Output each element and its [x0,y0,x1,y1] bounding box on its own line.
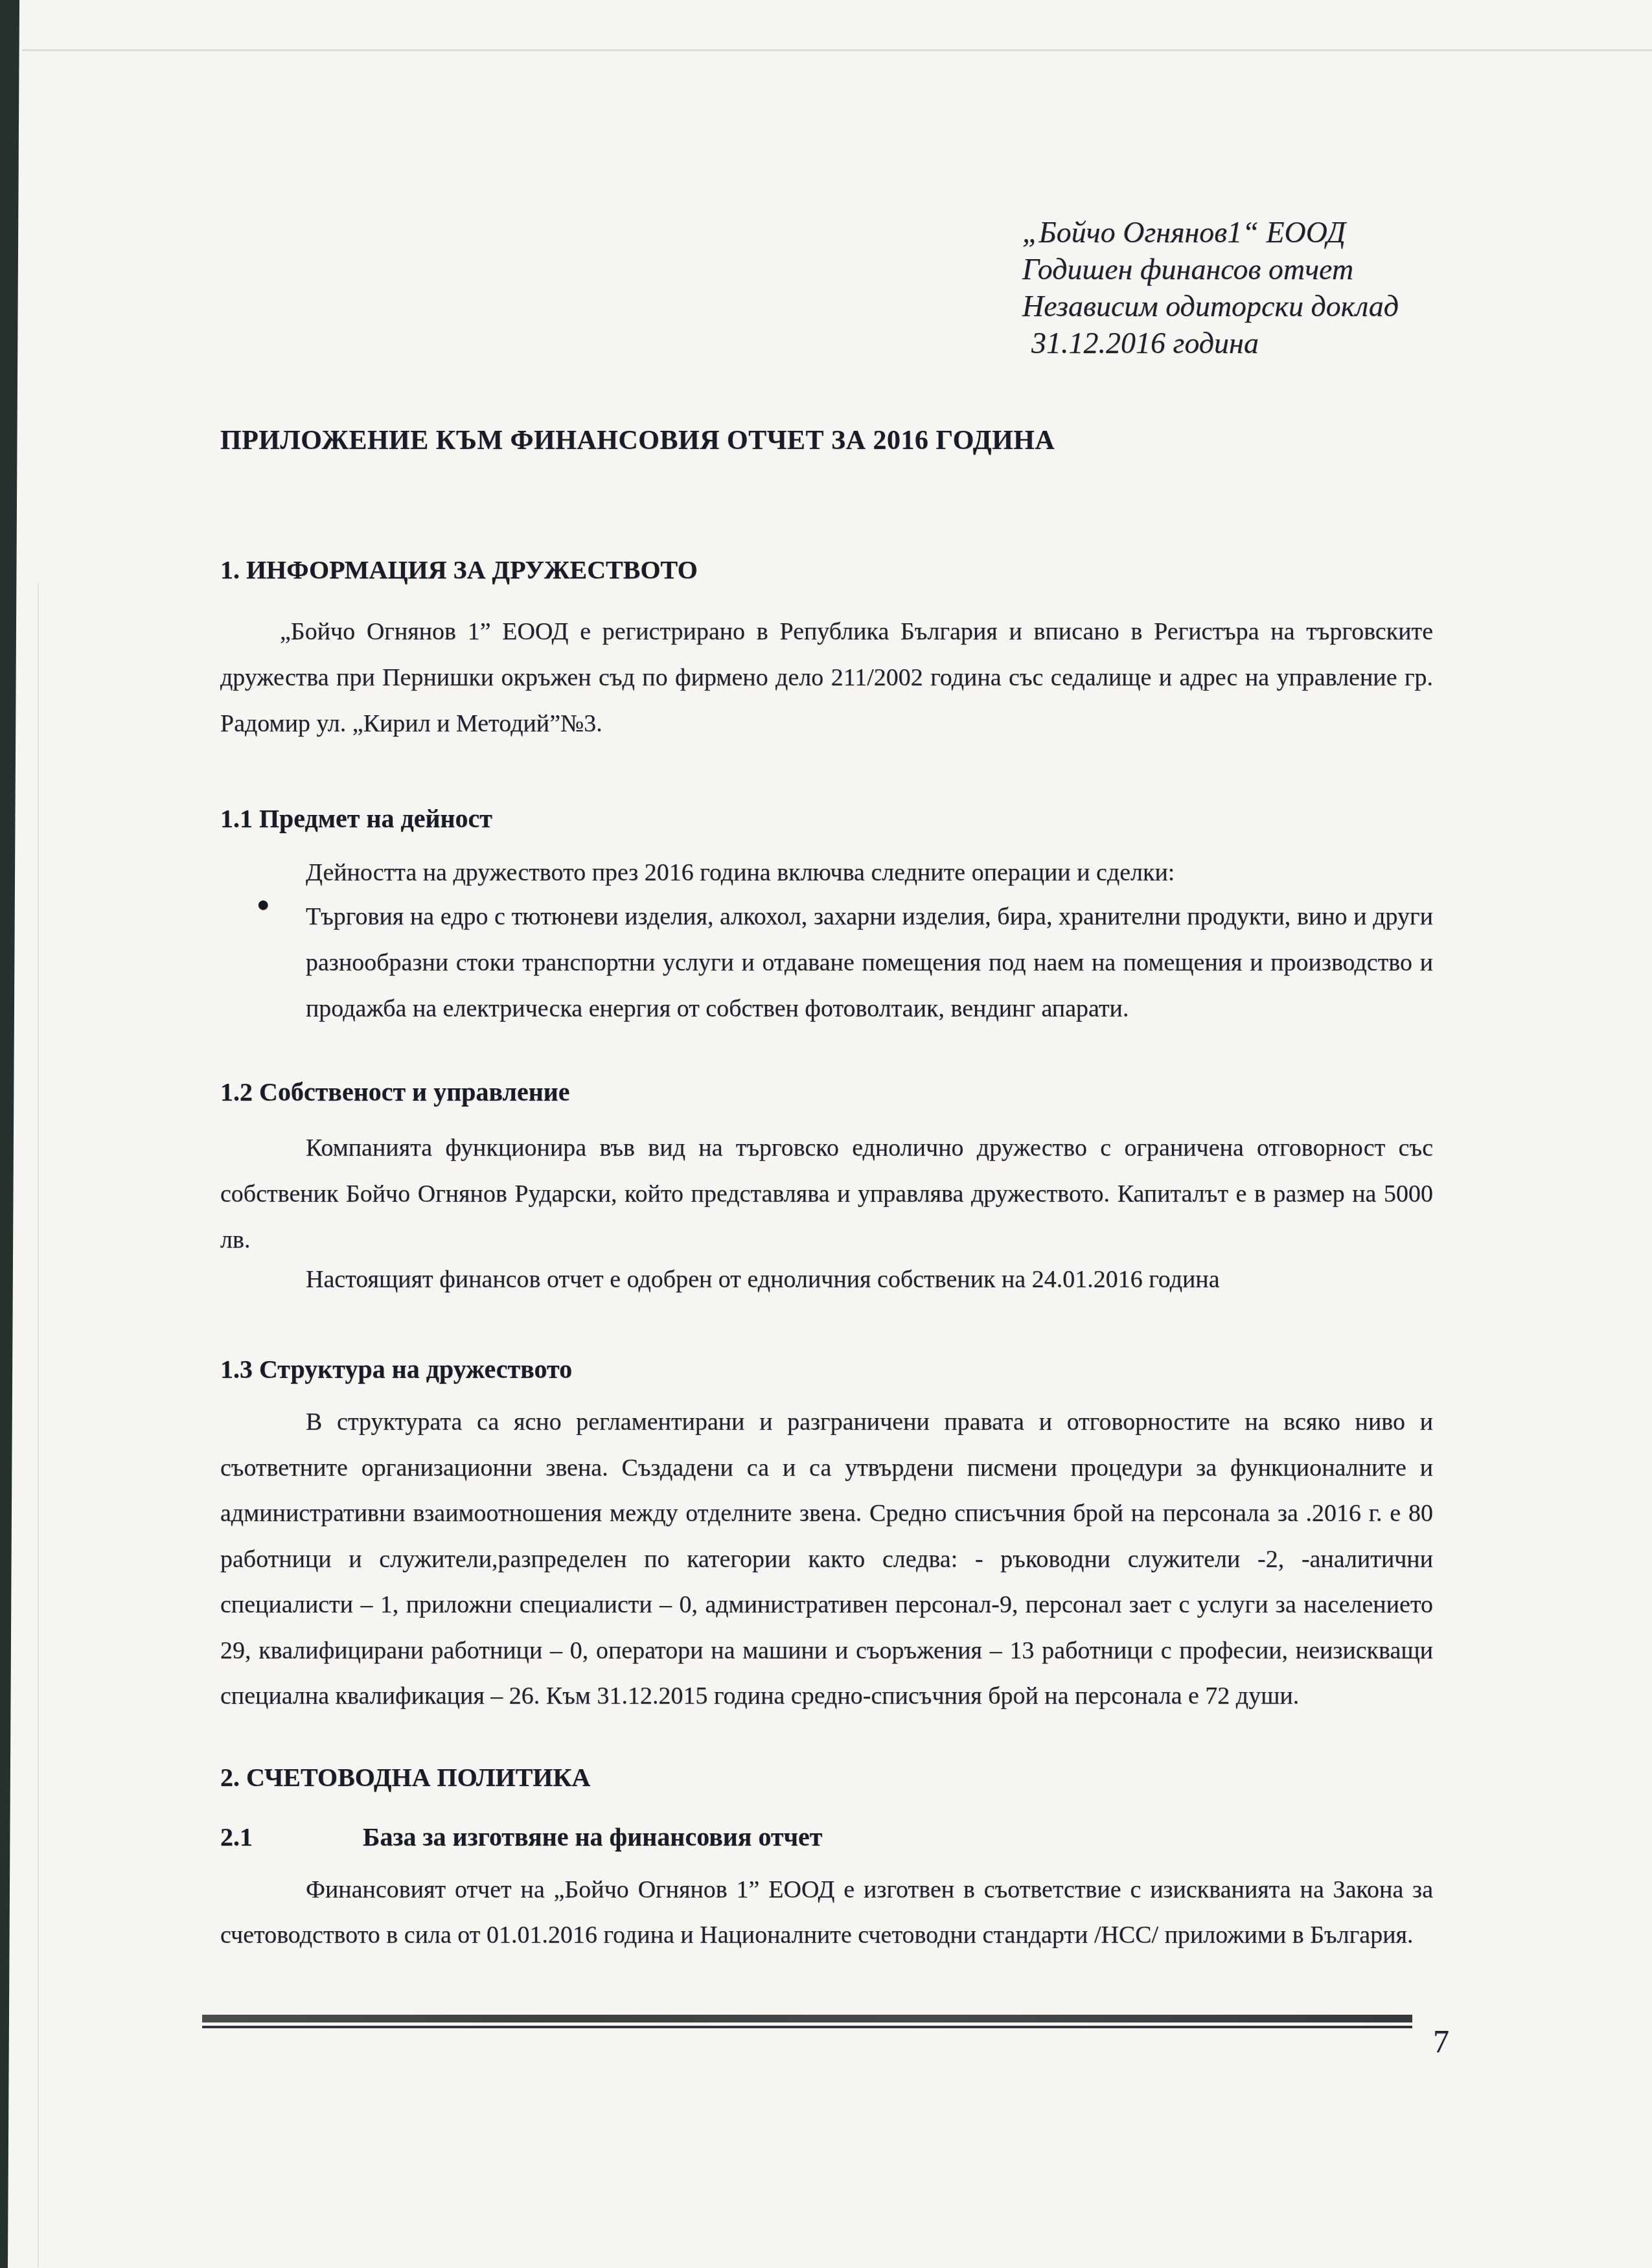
header-report-date: 31.12.2016 година [1022,325,1476,361]
section-1-2-heading: 1.2 Собственост и управление [220,1077,570,1107]
paper-crease [38,583,39,2267]
scanner-edge-shadow [0,0,19,2268]
header-company-name: „Бойчо Огнянов1“ ЕООД [1022,214,1476,251]
section-2-heading: 2. СЧЕТОВОДНА ПОЛИТИКА [220,1762,590,1793]
section-2-1-number: 2.1 [220,1822,253,1852]
section-1-1-bullet-item: Търговия на едро с тютюневи изделия, алк… [306,894,1433,1032]
scanned-document-page: „Бойчо Огнянов1“ ЕООД Годишен финансов о… [0,0,1652,2268]
header-report-type: Годишен финансов отчет [1022,251,1476,288]
section-1-heading: 1. ИНФОРМАЦИЯ ЗА ДРУЖЕСТВОТО [220,555,698,585]
section-2-1-paragraph: Финансовият отчет на „Бойчо Огнянов 1” Е… [220,1867,1433,1958]
bullet-icon: ● [257,893,270,917]
section-1-2-paragraph-1: Компанията функционира във вид на търгов… [220,1125,1433,1263]
footer-rule-thin-line [202,2026,1412,2028]
section-1-1-heading: 1.1 Предмет на дейност [220,803,492,834]
footer-rule [202,2015,1412,2029]
document-header: „Бойчо Огнянов1“ ЕООД Годишен финансов о… [1022,214,1476,361]
footer-rule-thick-bar [202,2015,1412,2022]
section-1-3-heading: 1.3 Структура на дружеството [220,1354,572,1384]
section-1-3-paragraph: В структурата са ясно регламентирани и р… [220,1399,1433,1719]
document-title: ПРИЛОЖЕНИЕ КЪМ ФИНАНСОВИЯ ОТЧЕТ ЗА 2016 … [220,425,1445,456]
paper-top-edge [22,49,1652,51]
section-1-2-paragraph-2: Настоящият финансов отчет е одобрен от е… [306,1257,1433,1303]
header-audit-report: Независим одиторски доклад [1022,288,1476,325]
section-2-1-heading: База за изготвяне на финансовия отчет [363,1822,823,1852]
page-number: 7 [1433,2022,1449,2060]
section-1-paragraph: „Бойчо Огнянов 1” ЕООД е регистрирано в … [220,609,1433,747]
section-1-1-intro: Дейността на дружеството през 2016 годин… [306,850,1433,896]
